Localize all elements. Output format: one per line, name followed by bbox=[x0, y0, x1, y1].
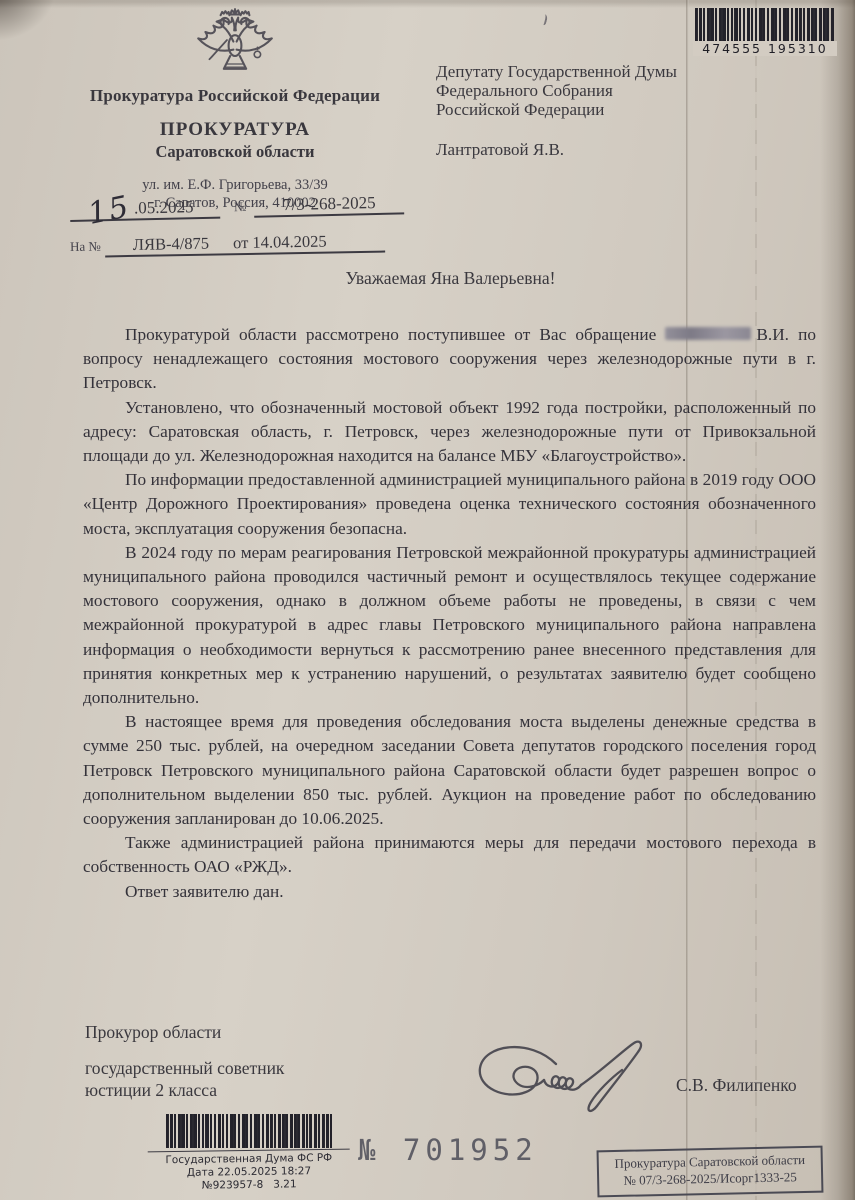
registry-stamp: Прокуратура Саратовской области № 07/3-2… bbox=[597, 1146, 824, 1198]
registry-stamp-line2: № 07/3-268-2025/Исорг1333-25 bbox=[599, 1168, 821, 1190]
addressee-line3: Российской Федерации bbox=[436, 100, 766, 119]
reference-number: ЛЯВ-4/875 bbox=[133, 234, 210, 254]
org-region: Саратовской области bbox=[73, 142, 397, 162]
salutation: Уважаемая Яна Валерьевна! bbox=[85, 268, 816, 289]
signer-rank: государственный советник юстиции 2 класс… bbox=[85, 1057, 284, 1101]
redacted-name bbox=[665, 327, 751, 340]
paragraph-1: Прокуратурой области рассмотрено поступи… bbox=[83, 323, 816, 396]
org-name: ПРОКУРАТУРА bbox=[73, 119, 397, 141]
scanned-letter-page: Прокуратура Российской Федерации ПРОКУРА… bbox=[0, 0, 855, 1200]
addressee-line1: Депутату Государственной Думы bbox=[436, 62, 766, 81]
incoming-number-stamp: № 701952 bbox=[358, 1133, 538, 1167]
outgoing-number-field: 7/3-268-2025 bbox=[254, 192, 404, 217]
paragraph-2: Установлено, что обозначенный мостовой о… bbox=[83, 396, 816, 469]
postal-barcode-number: 474555 195310 bbox=[693, 41, 837, 56]
paragraph-7: Ответ заявителю дан. bbox=[83, 880, 816, 904]
duma-barcode bbox=[166, 1114, 332, 1148]
coat-of-arms-emblem bbox=[187, 8, 283, 80]
addressee-block: Депутату Государственной Думы Федерально… bbox=[436, 62, 766, 119]
pen-mark bbox=[539, 13, 548, 25]
letter-body: Прокуратурой области рассмотрено поступи… bbox=[83, 323, 816, 904]
paragraph-1-before: Прокуратурой области рассмотрено поступи… bbox=[125, 325, 656, 344]
reference-date: от 14.04.2025 bbox=[233, 232, 327, 253]
paragraph-4: В 2024 году по мерам реагирования Петров… bbox=[83, 541, 816, 710]
signer-rank-line2: юстиции 2 класса bbox=[85, 1079, 284, 1101]
org-federation-title: Прокуратура Российской Федерации bbox=[73, 86, 397, 106]
reference-label: На № bbox=[70, 239, 101, 255]
signer-position: Прокурор области bbox=[85, 1022, 221, 1043]
letterhead: Прокуратура Российской Федерации ПРОКУРА… bbox=[73, 8, 397, 212]
handwritten-signature bbox=[468, 1038, 668, 1118]
postal-barcode bbox=[695, 8, 835, 44]
reference-row: На №ЛЯВ-4/875от 14.04.2025 bbox=[70, 230, 420, 258]
addressee-name: Лантратовой Я.В. bbox=[436, 140, 564, 160]
number-sign: № bbox=[234, 199, 247, 214]
addressee-line2: Федерального Собрания bbox=[436, 81, 766, 100]
paragraph-5: В настоящее время для проведения обследо… bbox=[83, 710, 816, 831]
signer-rank-line1: государственный советник bbox=[85, 1057, 284, 1079]
signer-name: С.В. Филипенко bbox=[676, 1075, 797, 1096]
paragraph-3: По информации предоставленной администра… bbox=[83, 468, 816, 541]
paragraph-6: Также администрацией района принимаются … bbox=[83, 831, 816, 879]
date-number-row: 15 .05.2025 № 7/3-268-2025 bbox=[70, 192, 420, 222]
handwritten-day: 15 bbox=[85, 189, 133, 232]
duma-barcode-caption: Государственная Дума ФС РФ Дата 22.05.20… bbox=[148, 1149, 351, 1194]
